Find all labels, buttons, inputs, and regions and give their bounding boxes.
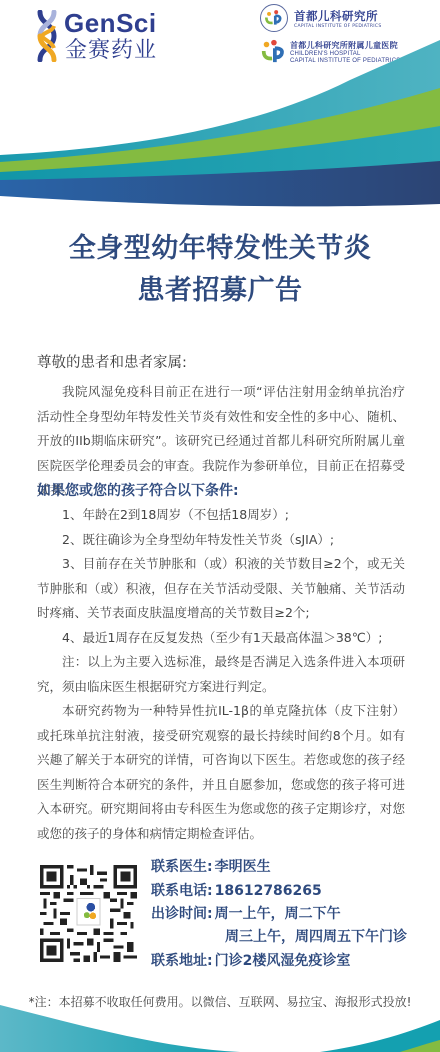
- contact-hours-line-2: 周三上午，周四周五下午门诊: [225, 927, 407, 947]
- contact-phone: 联系电话:18612786265: [151, 881, 322, 901]
- qr-code[interactable]: [40, 865, 137, 962]
- criteria-item: 4、最近1周存在反复发热（至少有1天最高体温＞38℃）;: [37, 626, 405, 651]
- contact-hours-continued: 周三上午，周四周五下午门诊: [223, 927, 407, 947]
- criteria-item: 1、年龄在2到18周岁（不包括18周岁）;: [37, 503, 405, 528]
- contact-address-label: 联系地址:: [151, 951, 213, 971]
- criteria-item: 3、目前存在关节肿胀和（或）积液的关节数目≥2个，或无关节肿胀和（或）积液，但存…: [37, 552, 405, 626]
- title-line-2: 患者招募广告: [0, 270, 440, 312]
- decorative-waves-bottom: [0, 1000, 440, 1052]
- contact-doctor: 联系医生:李明医生: [151, 857, 271, 877]
- contact-address: 联系地址:门诊2楼风湿免疫诊室: [151, 951, 350, 971]
- study-info-paragraph: 本研究药物为一种特异性抗IL-1β的单克隆抗体（皮下注射）或托珠单抗注射液，接受…: [37, 699, 405, 846]
- institute-seal-icon: [260, 4, 288, 32]
- capital-institute-logo: 首都儿科研究所 CAPITAL INSTITUTE OF PEDIATRICS: [260, 4, 440, 34]
- contact-doctor-label: 联系医生:: [151, 857, 213, 877]
- contact-hours-line-1: 周一上午，周二下午: [215, 904, 341, 924]
- contact-hours-label: 出诊时间:: [151, 904, 213, 924]
- contact-hours: 出诊时间:周一上午，周二下午: [151, 904, 341, 924]
- decorative-waves-top: [0, 40, 440, 220]
- criteria-list: 1、年龄在2到18周岁（不包括18周岁）; 2、既往确诊为全身型幼年特发性关节炎…: [37, 503, 405, 846]
- contact-doctor-value: 李明医生: [215, 857, 271, 877]
- page-title: 全身型幼年特发性关节炎 患者招募广告: [0, 228, 440, 312]
- criteria-item: 2、既往确诊为全身型幼年特发性关节炎（sJIA）;: [37, 528, 405, 553]
- gensci-logo-en: GenSci: [64, 8, 157, 38]
- contact-phone-label: 联系电话:: [151, 881, 213, 901]
- institute-1-en: CAPITAL INSTITUTE OF PEDIATRICS: [294, 24, 382, 29]
- greeting: 尊敬的患者和患者家属:: [37, 351, 187, 372]
- institute-1-cn: 首都儿科研究所: [294, 8, 378, 24]
- contact-section: 联系医生:李明医生 联系电话:18612786265 出诊时间:周一上午，周二下…: [37, 855, 437, 975]
- title-line-1: 全身型幼年特发性关节炎: [0, 228, 440, 270]
- contact-phone-value[interactable]: 18612786265: [215, 881, 322, 901]
- criteria-note: 注：以上为主要入选标准，最终是否满足入选条件进入本项研究，须由临床医生根据研究方…: [37, 650, 405, 699]
- contact-address-value: 门诊2楼风湿免疫诊室: [215, 951, 351, 971]
- criteria-heading: 如果您或您的孩子符合以下条件:: [37, 480, 239, 500]
